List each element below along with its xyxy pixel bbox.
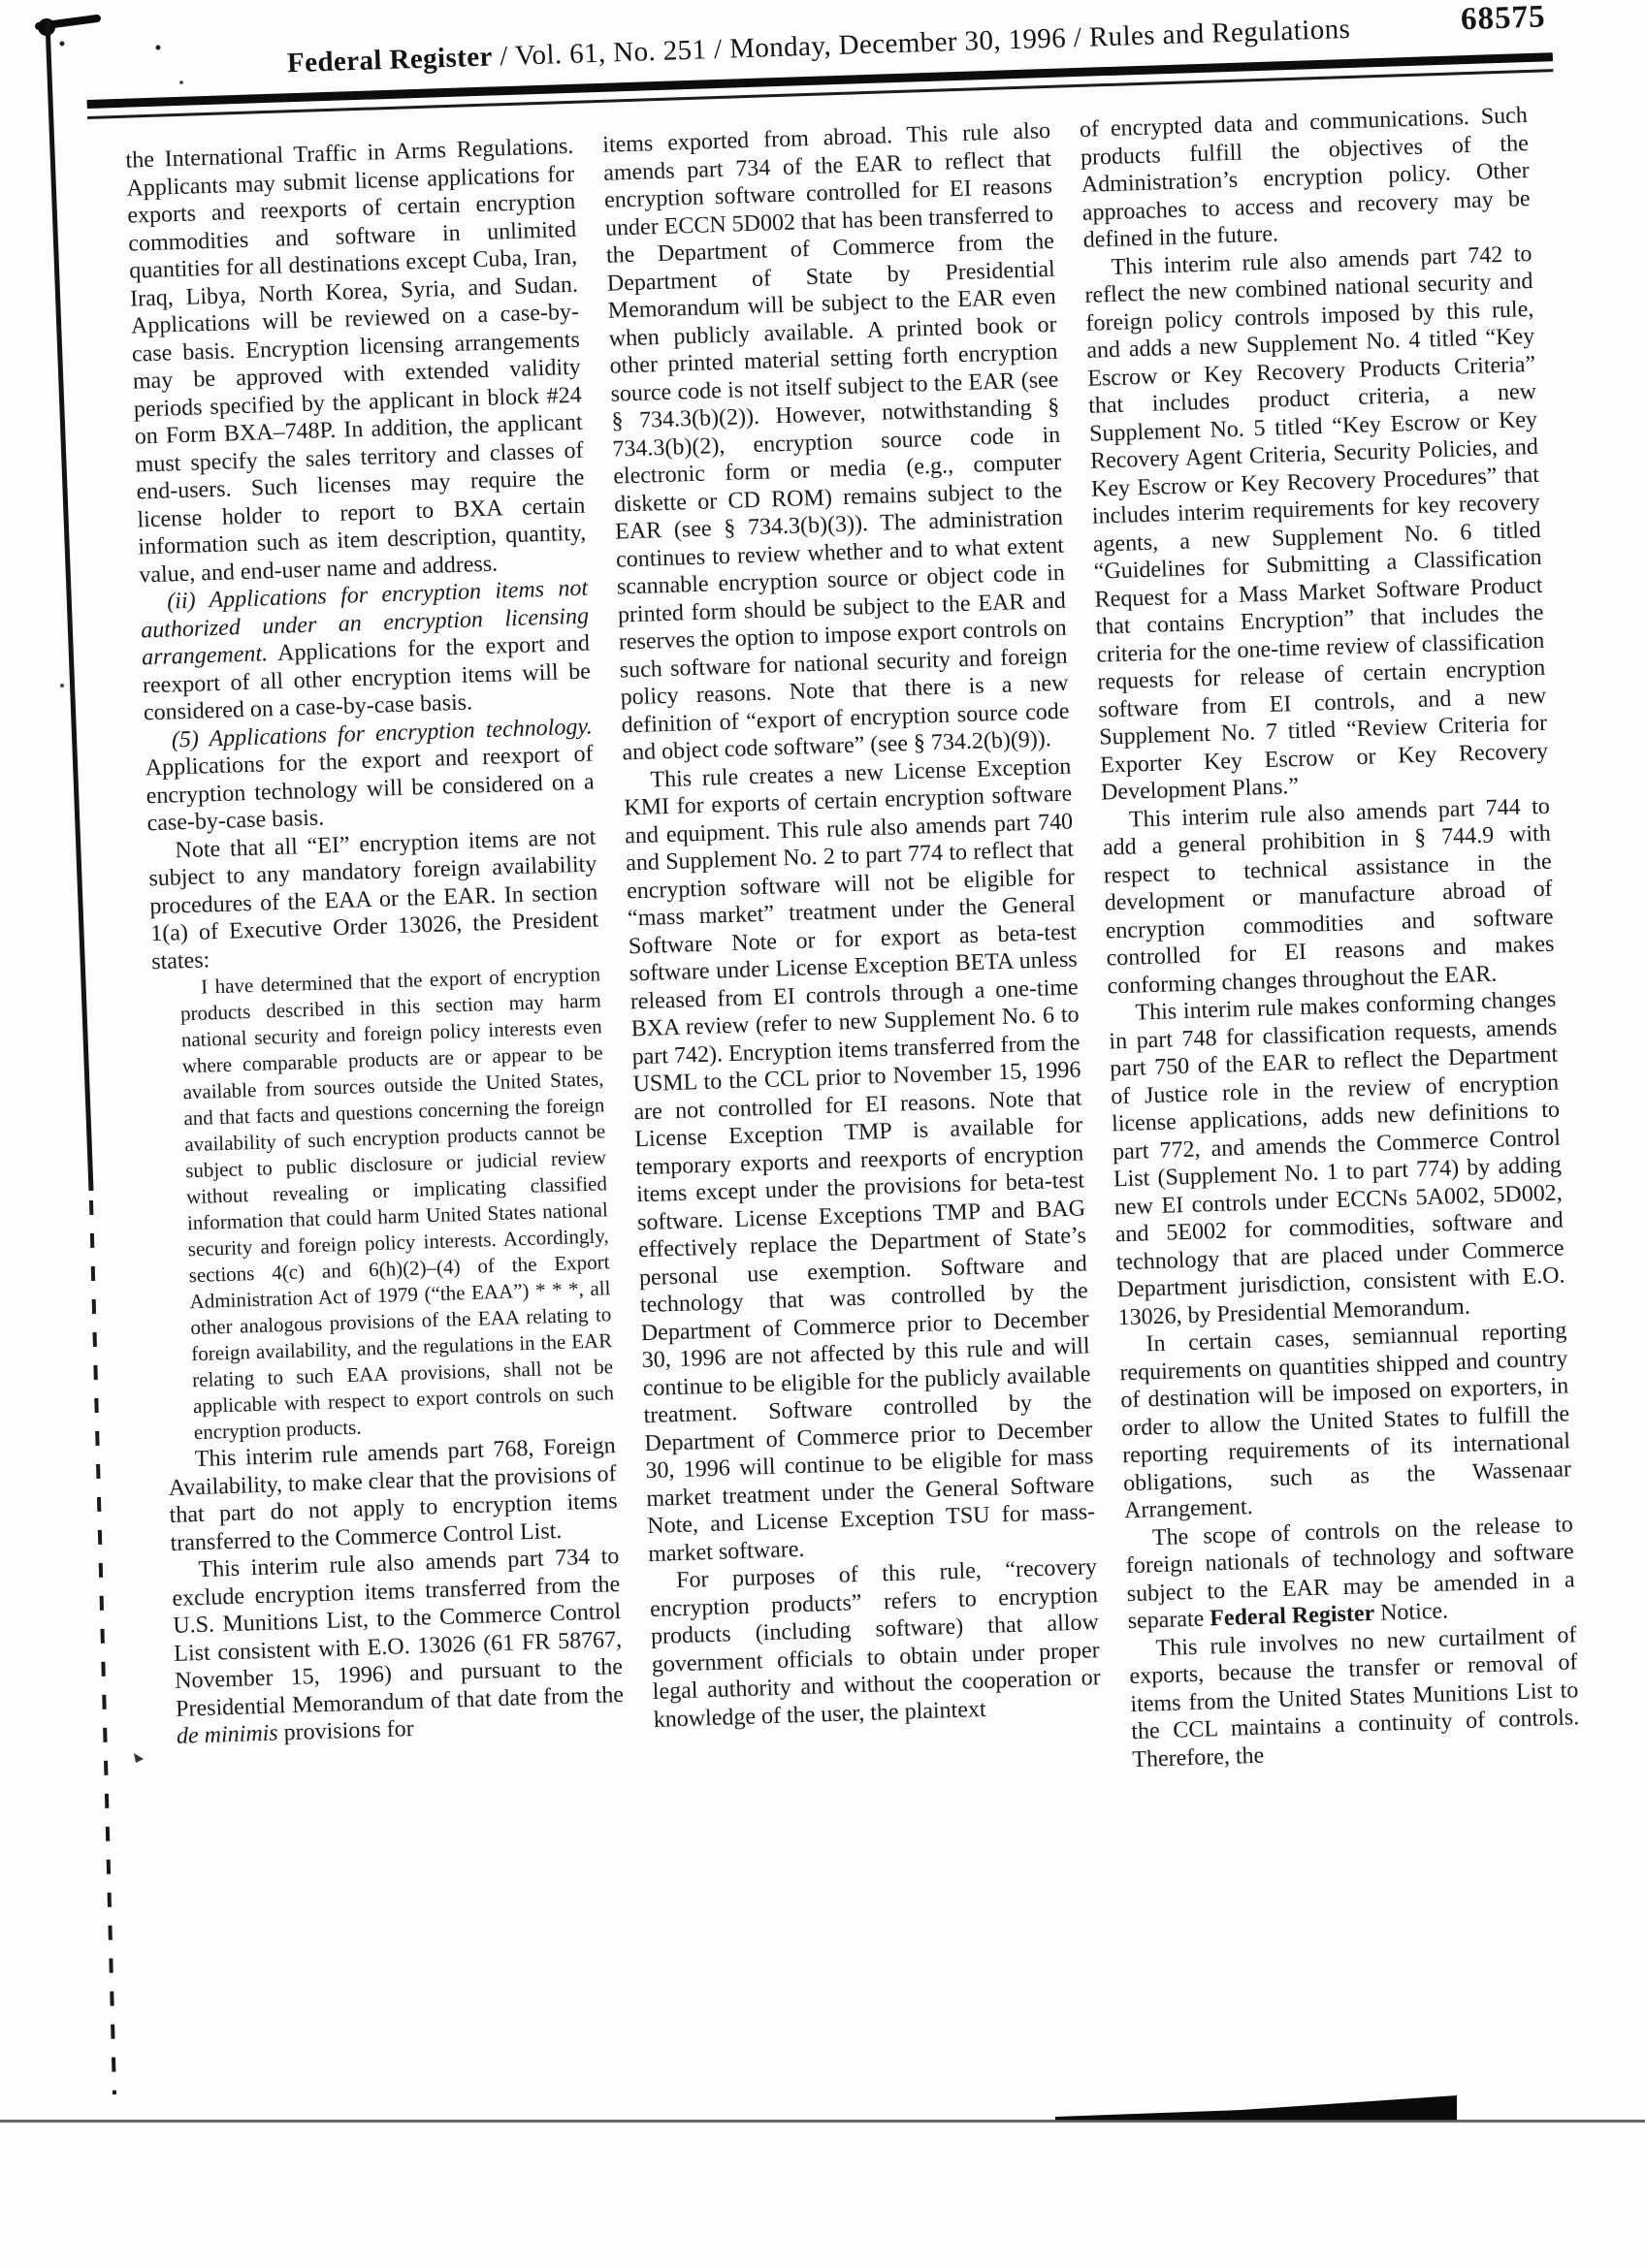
- body-paragraph: (5) Applications for encryption technolo…: [144, 713, 595, 838]
- body-paragraph: This interim rule also amends part 734 t…: [171, 1543, 625, 1750]
- body-paragraph: This interim rule makes conforming chang…: [1108, 986, 1566, 1332]
- column-1: the International Traffic in Arms Regula…: [125, 133, 627, 1805]
- body-paragraph: This rule involves no new curtailment of…: [1128, 1621, 1580, 1773]
- body-paragraph: the International Traffic in Arms Regula…: [125, 133, 587, 590]
- journal-name: Federal Register: [287, 41, 494, 79]
- body-paragraph: For purposes of this rule, “recovery enc…: [649, 1553, 1102, 1734]
- body-paragraph: (ii) Applications for encryption items n…: [140, 575, 592, 727]
- body-paragraph: This interim rule also amends part 744 t…: [1102, 792, 1556, 1000]
- corner-hook-mark: [39, 18, 97, 26]
- scan-speck: [156, 46, 161, 50]
- body-paragraph: items exported from abroad. This rule al…: [602, 117, 1071, 767]
- body-paragraph: This rule creates a new License Exceptio…: [623, 752, 1096, 1568]
- column-3: of encrypted data and communications. Su…: [1080, 102, 1581, 1773]
- blockquote-paragraph: I have determined that the export of enc…: [152, 961, 615, 1447]
- corner-hook-blob: [38, 18, 55, 36]
- scan-speck: [60, 42, 65, 47]
- column-2: items exported from abroad. This rule al…: [602, 117, 1104, 1789]
- body-paragraph: of encrypted data and communications. Su…: [1080, 102, 1532, 254]
- body-paragraph: Note that all “EI” encryption items are …: [147, 823, 599, 975]
- left-margin-line-solid: [48, 21, 91, 1191]
- body-paragraph: In certain cases, semiannual reporting r…: [1118, 1317, 1572, 1524]
- bottom-scan-line: [0, 2120, 1645, 2123]
- scanned-page: Federal Register / Vol. 61, No. 251 / Mo…: [85, 7, 1608, 1805]
- body-paragraph: This interim rule also amends part 742 t…: [1083, 240, 1549, 807]
- page-number: 68575: [1461, 0, 1547, 38]
- scan-speck: [60, 684, 64, 687]
- bottom-scan-wedge: [1055, 2095, 1457, 2121]
- body-paragraph: The scope of controls on the release to …: [1125, 1511, 1576, 1636]
- text-columns: the International Traffic in Arms Regula…: [87, 72, 1607, 1805]
- body-paragraph: This interim rule amends part 768, Forei…: [167, 1432, 618, 1557]
- left-margin-line-dashed: [91, 1200, 114, 2094]
